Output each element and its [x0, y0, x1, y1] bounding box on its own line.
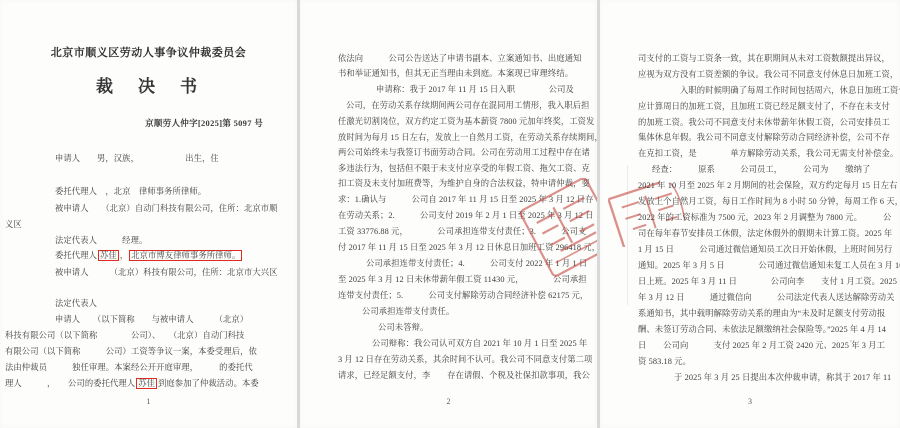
text-line: 申请称：我于 2017 年 11 月 15 日入职 公司及 — [376, 83, 574, 95]
page-number-3: 3 — [600, 397, 900, 406]
text-line: 公司承担连带支付责任；4. 公司支付 2022 年 1 月 1 日 — [366, 257, 587, 269]
text-line: 公司承担连带支付责任。 — [362, 305, 454, 317]
text-line: 任激光切割岗位，双方约定工资为基本薪资 7800 元加年终奖，工资发 — [338, 115, 594, 127]
text-line: 法由仲裁员 独任审理。本案经公开开庭审理， 的委托代 — [5, 361, 253, 373]
text-line: 委托代理人 ，北京 律师事务所律师。 — [55, 185, 206, 197]
text-line: 被申请人 （北京）科技有限公司，住所：北京市大兴区 — [55, 266, 278, 278]
text-line: 2021 年 10 月至 2025 年 2 月期间的社会保险，双方约定每月 15… — [638, 179, 898, 191]
text-line: 于 2025 年 3 月 25 日提出本次仲裁申请，称其于 2017 年 11 — [674, 371, 891, 383]
page-2-text-block: 依法向 公司公告送达了申请书副本、立案通知书、出庭通知书和举证通知书，但其无正当… — [300, 0, 597, 428]
page-3-text-block: 司支付的工资与工资条一致，其在职期间从未对工资数额提出异议，应视为双方没有工资差… — [600, 0, 900, 428]
text-line: 集体休息年假。我公司不同意支付解除劳动合同经济补偿，公司不存 — [638, 131, 890, 143]
text-line: 被申请人 （北京）自动门科技有限公司，住所：北京市顺 — [55, 202, 278, 214]
text-line: 系通知书，其中载明解除劳动关系的理由为“未及时足额支付劳动报 — [638, 307, 885, 319]
text-line: 公司，在劳动关系存续期间两公司存在混同用工情形，我入职后担 — [346, 99, 590, 111]
text-line: 发放上个自然月工资，每日工作时间为 8 小时 50 分钟，每周工作 6 天， — [638, 195, 900, 207]
text-line: 两公司始终未与我签订书面劳动合同。公司在劳动用工过程中存在诸 — [338, 146, 590, 158]
text-line: 3 月 12 日存在劳动关系，其余时间不认可。我公司不同意支付第二项 — [338, 353, 592, 365]
text-line: 通知。2025 年 3 月 5 日 公司通过微信通知未复工人员在 3 月 10 — [638, 259, 900, 271]
text-line: 应视为双方没有工资差额的争议。我公司不同意支付休息日加班工资， — [638, 68, 898, 80]
text-line: 申请人 男，汉族， 出生，住 — [55, 152, 219, 164]
text-line: 法定代表人 经理。 — [55, 234, 147, 246]
text-line: 在克扣工资，是 单方解除劳动关系，我公司无需支付补偿金。 — [638, 147, 898, 159]
text-segment: 理人 ， 公司的委托代理人 — [5, 379, 135, 388]
text-line: 有限公司（以下简称 公司）工资等争议一案，本委受理后，依 — [5, 345, 257, 357]
text-line: 工资 33776.88 元， 公司承担连带支付责任；3. 公司支 — [338, 225, 586, 237]
page-number-1: 1 — [0, 397, 297, 406]
text-line: 经查： 原系 公司员工， 公司为 缴纳了 — [652, 163, 870, 175]
scan-speck — [850, 340, 852, 342]
text-line: 至 2025 年 3 月 12 日未休带薪年假工资 11430 元， 公司承担 — [338, 273, 587, 285]
page-1-text-block: 申请人 男，汉族， 出生，住委托代理人 ，北京 律师事务所律师。被申请人 （北京… — [0, 0, 297, 428]
text-line: 日上班。2025 年 3 月 11 日 公司向李 支付 1 月工资。2025 — [638, 275, 897, 287]
text-line: 日 公司向 支付 2025 年 2 月工资 2420 元、2025 年 3 月工 — [638, 339, 885, 351]
document-page-3: 司支付的工资与工资条一致，其在职期间从未对工资数额提出异议，应视为双方没有工资差… — [600, 0, 900, 428]
text-line: 在劳动关系；2. 公司支付 2019 年 2 月 1 日至 2025 年 3 月… — [338, 209, 594, 221]
text-line: 酬、未签订劳动合同、未依法足额缴纳社会保险等。”2025 年 4 月 14 — [638, 323, 886, 335]
text-line: 依法向 公司公告送达了申请书副本、立案通知书、出庭通知 — [338, 52, 582, 64]
text-line: 入职的时候明确了每周工作时间包括周六，休息日加班工资仅 — [680, 84, 900, 96]
text-segment: ， — [120, 251, 128, 260]
text-line: 放时间为每月 15 日左右，发放上一自然月工资，在劳动关系存续期间， — [338, 131, 597, 143]
highlight-box: 北京市博友律师事务所律师。 — [129, 250, 242, 261]
highlight-box: 苏佳 — [136, 378, 157, 389]
text-line: 法定代表人 — [55, 297, 97, 309]
text-line: 年 3 月 12 日 通过微信向 公司法定代表人送达解除劳动关 — [638, 291, 895, 303]
text-line: 连带支付责任；5. 公司支付解除劳动合同经济补偿 62175 元， — [338, 289, 588, 301]
text-line: 的加班工资。我公司不同意支付未休带薪年休假工资，公司安排员工 — [638, 116, 890, 128]
text-line: 公司辩称：我公司认可双方自 2021 年 10 月 1 日至 2025 年 — [372, 337, 587, 349]
text-line: 2022 年的工资标准为 7500 元，2023 年 2 月调整为 7800 元… — [638, 211, 891, 223]
text-segment: 委托代理人 — [55, 251, 97, 260]
highlight-box: 苏佳 — [98, 250, 119, 261]
text-line: 司在每年春节安排员工休假，法定休假外的假期未计算工资。2025 年 — [638, 227, 892, 239]
text-line: 付 2017 年 11 月 15 日至 2025 年 3 月 12 日休息日加班… — [338, 241, 597, 253]
text-line: 书和举证通知书，但其无正当理由未到庭。本案现已审理终结。 — [338, 67, 573, 79]
document-page-2: 依法向 公司公告送达了申请书副本、立案通知书、出庭通知书和举证通知书，但其无正当… — [300, 0, 597, 428]
text-line: 义区 — [5, 218, 22, 230]
text-line: 应计算周日的加班工资，且加班工资已经足额支付了，不存在未支付 — [638, 100, 890, 112]
document-page-1: 北京市顺义区劳动人事争议仲裁委员会 裁 决 书 京顺劳人仲字[2025]第 50… — [0, 0, 297, 428]
text-segment: 到庭参加了仲裁活动。本委 — [158, 379, 259, 388]
text-line: 扣工资及未支付加班费等，为维护自身的合法权益，特申请仲裁，要 — [338, 177, 590, 189]
text-line: 公司未答辩。 — [378, 321, 428, 333]
text-line: 科技有限公司（以下简称 公司）、 （北京）自动门科技 — [5, 329, 244, 341]
text-line: 请求，已经足额支付，李 存在请假、个税及社保扣款事项，我公 — [338, 369, 590, 381]
scanned-document-viewer: 北京市顺义区劳动人事争议仲裁委员会 裁 决 书 京顺劳人仲字[2025]第 50… — [0, 0, 900, 428]
text-line: 1 月 15 日 公司通过微信通知员工次日开始休假，上班时间另行 — [638, 243, 892, 255]
text-line: 理人 ， 公司的委托代理人苏佳到庭参加了仲裁活动。本委 — [5, 377, 259, 389]
text-line: 多违法行为，包括但不限于未支付应享受的年假工资、拖欠工资、克 — [338, 162, 590, 174]
text-line: 委托代理人苏佳，北京市博友律师事务所律师。 — [55, 249, 243, 261]
text-line: 资 583.18 元。 — [638, 355, 691, 367]
text-line: 申请人 （以下简称 与被申请人 （北京） — [55, 313, 248, 325]
text-line: 求：1.确认与 公司自 2017 年 11 月 15 日至 2025 年 3 月… — [338, 193, 593, 205]
page-number-2: 2 — [300, 397, 597, 406]
text-line: 司支付的工资与工资条一致，其在职期间从未对工资数额提出异议， — [638, 52, 890, 64]
